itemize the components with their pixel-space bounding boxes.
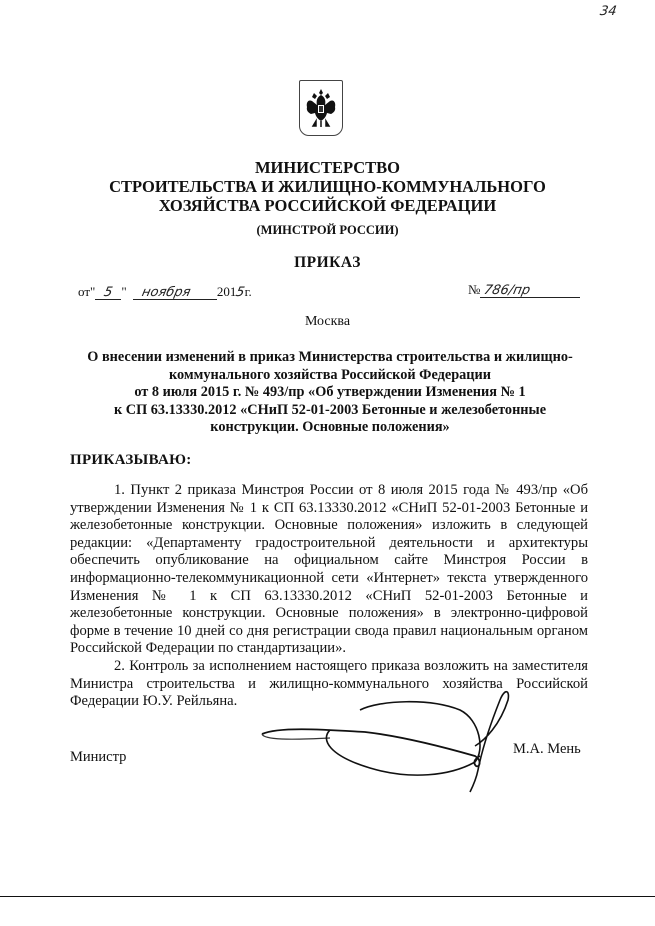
order-heading: ПРИКАЗЫВАЮ: <box>70 452 192 469</box>
order-number: №786/пр <box>468 282 580 298</box>
handwritten-signature <box>250 680 510 805</box>
date-year-prefix: 201 <box>217 284 237 299</box>
subject-line: О внесении изменений в приказ Министерст… <box>60 349 600 367</box>
date-month-field: ноября <box>133 285 217 300</box>
date-prefix: от <box>78 284 90 299</box>
order-date: от"5" ноября2015г. <box>78 284 252 300</box>
signatory-role: Министр <box>70 749 126 766</box>
paragraph-1: 1. Пункт 2 приказа Минстроя России от 8 … <box>70 482 588 658</box>
ministry-line: ХОЗЯЙСТВА РОССИЙСКОЙ ФЕДЕРАЦИИ <box>0 196 655 215</box>
date-year-end: г. <box>245 284 252 299</box>
page-bottom-rule <box>0 896 655 897</box>
order-body: 1. Пункт 2 приказа Минстроя России от 8 … <box>70 482 588 711</box>
subject-line: к СП 63.13330.2012 «СНиП 52-01-2003 Бето… <box>60 402 600 420</box>
date-day: 5 <box>103 286 114 299</box>
ministry-short-name: (МИНСТРОЙ РОССИИ) <box>0 223 655 238</box>
number-value: 786/пр <box>483 284 532 297</box>
ministry-line: СТРОИТЕЛЬСТВА И ЖИЛИЩНО-КОММУНАЛЬНОГО <box>0 177 655 196</box>
order-subject: О внесении изменений в приказ Министерст… <box>60 349 600 437</box>
number-field: 786/пр <box>480 283 580 298</box>
document-type-title: ПРИКАЗ <box>0 254 655 272</box>
ministry-line: МИНИСТЕРСТВО <box>0 158 655 177</box>
number-prefix: № <box>468 282 480 297</box>
subject-line: конструкции. Основные положения» <box>60 419 600 437</box>
subject-line: коммунального хозяйства Российской Федер… <box>60 367 600 385</box>
signatory-name: М.А. Мень <box>513 741 581 758</box>
ministry-name: МИНИСТЕРСТВО СТРОИТЕЛЬСТВА И ЖИЛИЩНО-КОМ… <box>0 158 655 215</box>
city: Москва <box>0 314 655 330</box>
subject-line: от 8 июля 2015 г. № 493/пр «Об утвержден… <box>60 384 600 402</box>
coat-of-arms-icon <box>299 80 343 136</box>
date-day-field: 5 <box>95 285 121 300</box>
date-month: ноября <box>140 286 191 299</box>
quote-close: " <box>121 284 126 299</box>
page-number: 34 <box>599 4 618 19</box>
